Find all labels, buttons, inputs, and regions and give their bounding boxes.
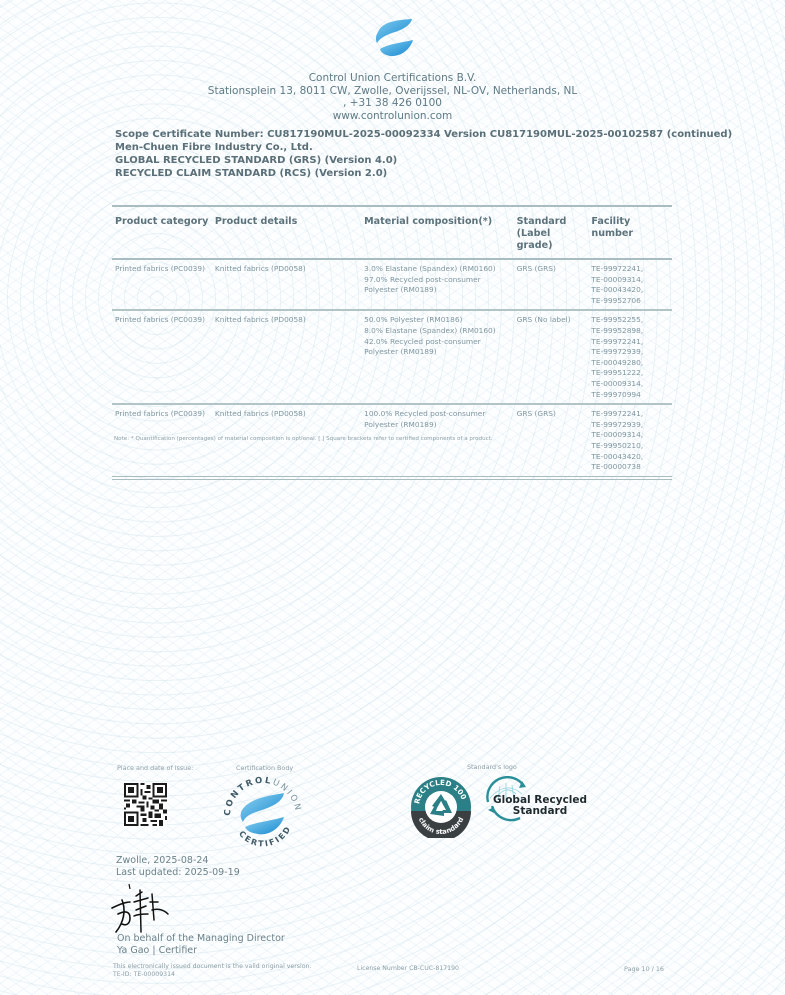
composition-line: 8.0% Elastane (Spandex) (RM0160) xyxy=(364,326,511,337)
facility-id: TE-00049280, xyxy=(591,358,669,369)
page-number: Page 10 / 16 xyxy=(624,965,664,973)
col-product-category: Product category xyxy=(112,206,212,259)
table-row: Printed fabrics (PC0039)Knitted fabrics … xyxy=(112,310,672,404)
composition-line: 100.0% Recycled post-consumer xyxy=(364,409,511,420)
issue-details: Zwolle, 2025-08-24 Last updated: 2025-09… xyxy=(116,855,240,879)
footer-validity: This electronically issued document is t… xyxy=(113,963,311,980)
cell-material-composition: 3.0% Elastane (Spandex) (RM0160)97.0% Re… xyxy=(361,259,514,310)
facility-id: TE-00009314, xyxy=(591,379,669,390)
signature-icon xyxy=(108,880,188,935)
facility-id: TE-00043420, xyxy=(591,452,669,463)
qr-code-icon[interactable] xyxy=(124,783,167,826)
facility-id: TE-99972241, xyxy=(591,409,669,420)
col-standard-line1: Standard xyxy=(517,216,567,227)
facility-id: TE-99970994 xyxy=(591,390,669,401)
control-union-certified-seal-icon: CONTROLUNION CERTIFIED xyxy=(220,772,306,852)
col-product-details: Product details xyxy=(212,206,361,259)
org-name: Control Union Certifications B.V. xyxy=(0,72,785,85)
cell-standard: GRS (GRS) xyxy=(514,404,589,478)
cell-standard: GRS (No label) xyxy=(514,310,589,404)
composition-line: 3.0% Elastane (Spandex) (RM0160) xyxy=(364,264,511,275)
col-material-composition: Material composition(*) xyxy=(361,206,514,259)
control-union-logo-icon xyxy=(372,16,418,60)
standards-logo-label: Standard's logo xyxy=(467,763,517,771)
cell-facility-number: TE-99972241,TE-99972939,TE-00009314,TE-9… xyxy=(588,404,672,478)
facility-id: TE-99952255, xyxy=(591,315,669,326)
org-website[interactable]: www.controlunion.com xyxy=(0,110,785,123)
certificate-number: Scope Certificate Number: CU817190MUL-20… xyxy=(115,128,732,141)
facility-id: TE-99952706 xyxy=(591,296,669,307)
place-and-date: Zwolle, 2025-08-24 xyxy=(116,855,240,867)
facility-id: TE-00043420, xyxy=(591,285,669,296)
facility-id: TE-00000738 xyxy=(591,462,669,473)
cell-standard: GRS (GRS) xyxy=(514,259,589,310)
recycled-claim-standard-logo-icon: RECYCLED 100 claim standard xyxy=(410,776,472,838)
org-address: Stationsplein 13, 8011 CW, Zwolle, Overi… xyxy=(0,85,785,98)
facility-id: TE-99972241, xyxy=(591,337,669,348)
cell-product-details: Knitted fabrics (PD0058) xyxy=(212,310,361,404)
facility-id: TE-00009314, xyxy=(591,275,669,286)
company-name: Men-Chuen Fibre Industry Co., Ltd. xyxy=(115,141,732,154)
col-facility-number: Facility number xyxy=(588,206,672,259)
composition-line: 42.0% Recycled post-consumer xyxy=(364,337,511,348)
standard-rcs: RECYCLED CLAIM STANDARD (RCS) (Version 2… xyxy=(115,167,732,180)
facility-id: TE-99952898, xyxy=(591,326,669,337)
signatory-block: On behalf of the Managing Director Ya Ga… xyxy=(117,933,285,957)
facility-id: TE-99972939, xyxy=(591,420,669,431)
scope-block: Scope Certificate Number: CU817190MUL-20… xyxy=(115,128,732,180)
standard-grs: GLOBAL RECYCLED STANDARD (GRS) (Version … xyxy=(115,154,732,167)
te-id: TE-ID: TE-00009314 xyxy=(113,971,311,979)
facility-id: TE-99972241, xyxy=(591,264,669,275)
table-note: Note: * Quantification (percentages) of … xyxy=(114,436,493,442)
facility-id: TE-00009314, xyxy=(591,430,669,441)
cell-facility-number: TE-99972241,TE-00009314,TE-00043420,TE-9… xyxy=(588,259,672,310)
grs-logo-text-line2: Standard xyxy=(493,806,587,817)
table-row: Printed fabrics (PC0039)Knitted fabrics … xyxy=(112,259,672,310)
composition-line: Polyester (RM0189) xyxy=(364,285,511,296)
facility-id: TE-99972939, xyxy=(591,347,669,358)
on-behalf-text: On behalf of the Managing Director xyxy=(117,933,285,945)
grs-logo-text: Global Recycled Standard xyxy=(493,795,587,817)
certification-body-label: Certification Body xyxy=(236,764,293,772)
validity-statement: This electronically issued document is t… xyxy=(113,963,311,971)
col-standard-line2: (Label grade) xyxy=(517,228,553,251)
composition-line: 97.0% Recycled post-consumer xyxy=(364,275,511,286)
place-date-label: Place and date of issue: xyxy=(117,764,193,772)
cell-facility-number: TE-99952255,TE-99952898,TE-99972241,TE-9… xyxy=(588,310,672,404)
facility-id: TE-99951222, xyxy=(591,368,669,379)
col-standard: Standard(Label grade) xyxy=(514,206,589,259)
cell-product-details: Knitted fabrics (PD0058) xyxy=(212,259,361,310)
issuer-header: Control Union Certifications B.V. Statio… xyxy=(0,72,785,122)
license-number: License Number CB-CUC-817190 xyxy=(357,965,459,972)
composition-line: 50.0% Polyester (RM0186) xyxy=(364,315,511,326)
signer-name: Ya Gao | Certifier xyxy=(117,945,285,957)
composition-line: Polyester (RM0189) xyxy=(364,347,511,358)
cell-product-category: Printed fabrics (PC0039) xyxy=(112,259,212,310)
cell-product-category: Printed fabrics (PC0039) xyxy=(112,310,212,404)
last-updated: Last updated: 2025-09-19 xyxy=(116,867,240,879)
svg-text:CONTROLUNION: CONTROLUNION xyxy=(223,776,303,817)
cell-material-composition: 50.0% Polyester (RM0186)8.0% Elastane (S… xyxy=(361,310,514,404)
facility-id: TE-99950210, xyxy=(591,441,669,452)
table-header-row: Product category Product details Materia… xyxy=(112,206,672,259)
composition-line: Polyester (RM0189) xyxy=(364,420,511,431)
org-phone: , +31 38 426 0100 xyxy=(0,97,785,110)
